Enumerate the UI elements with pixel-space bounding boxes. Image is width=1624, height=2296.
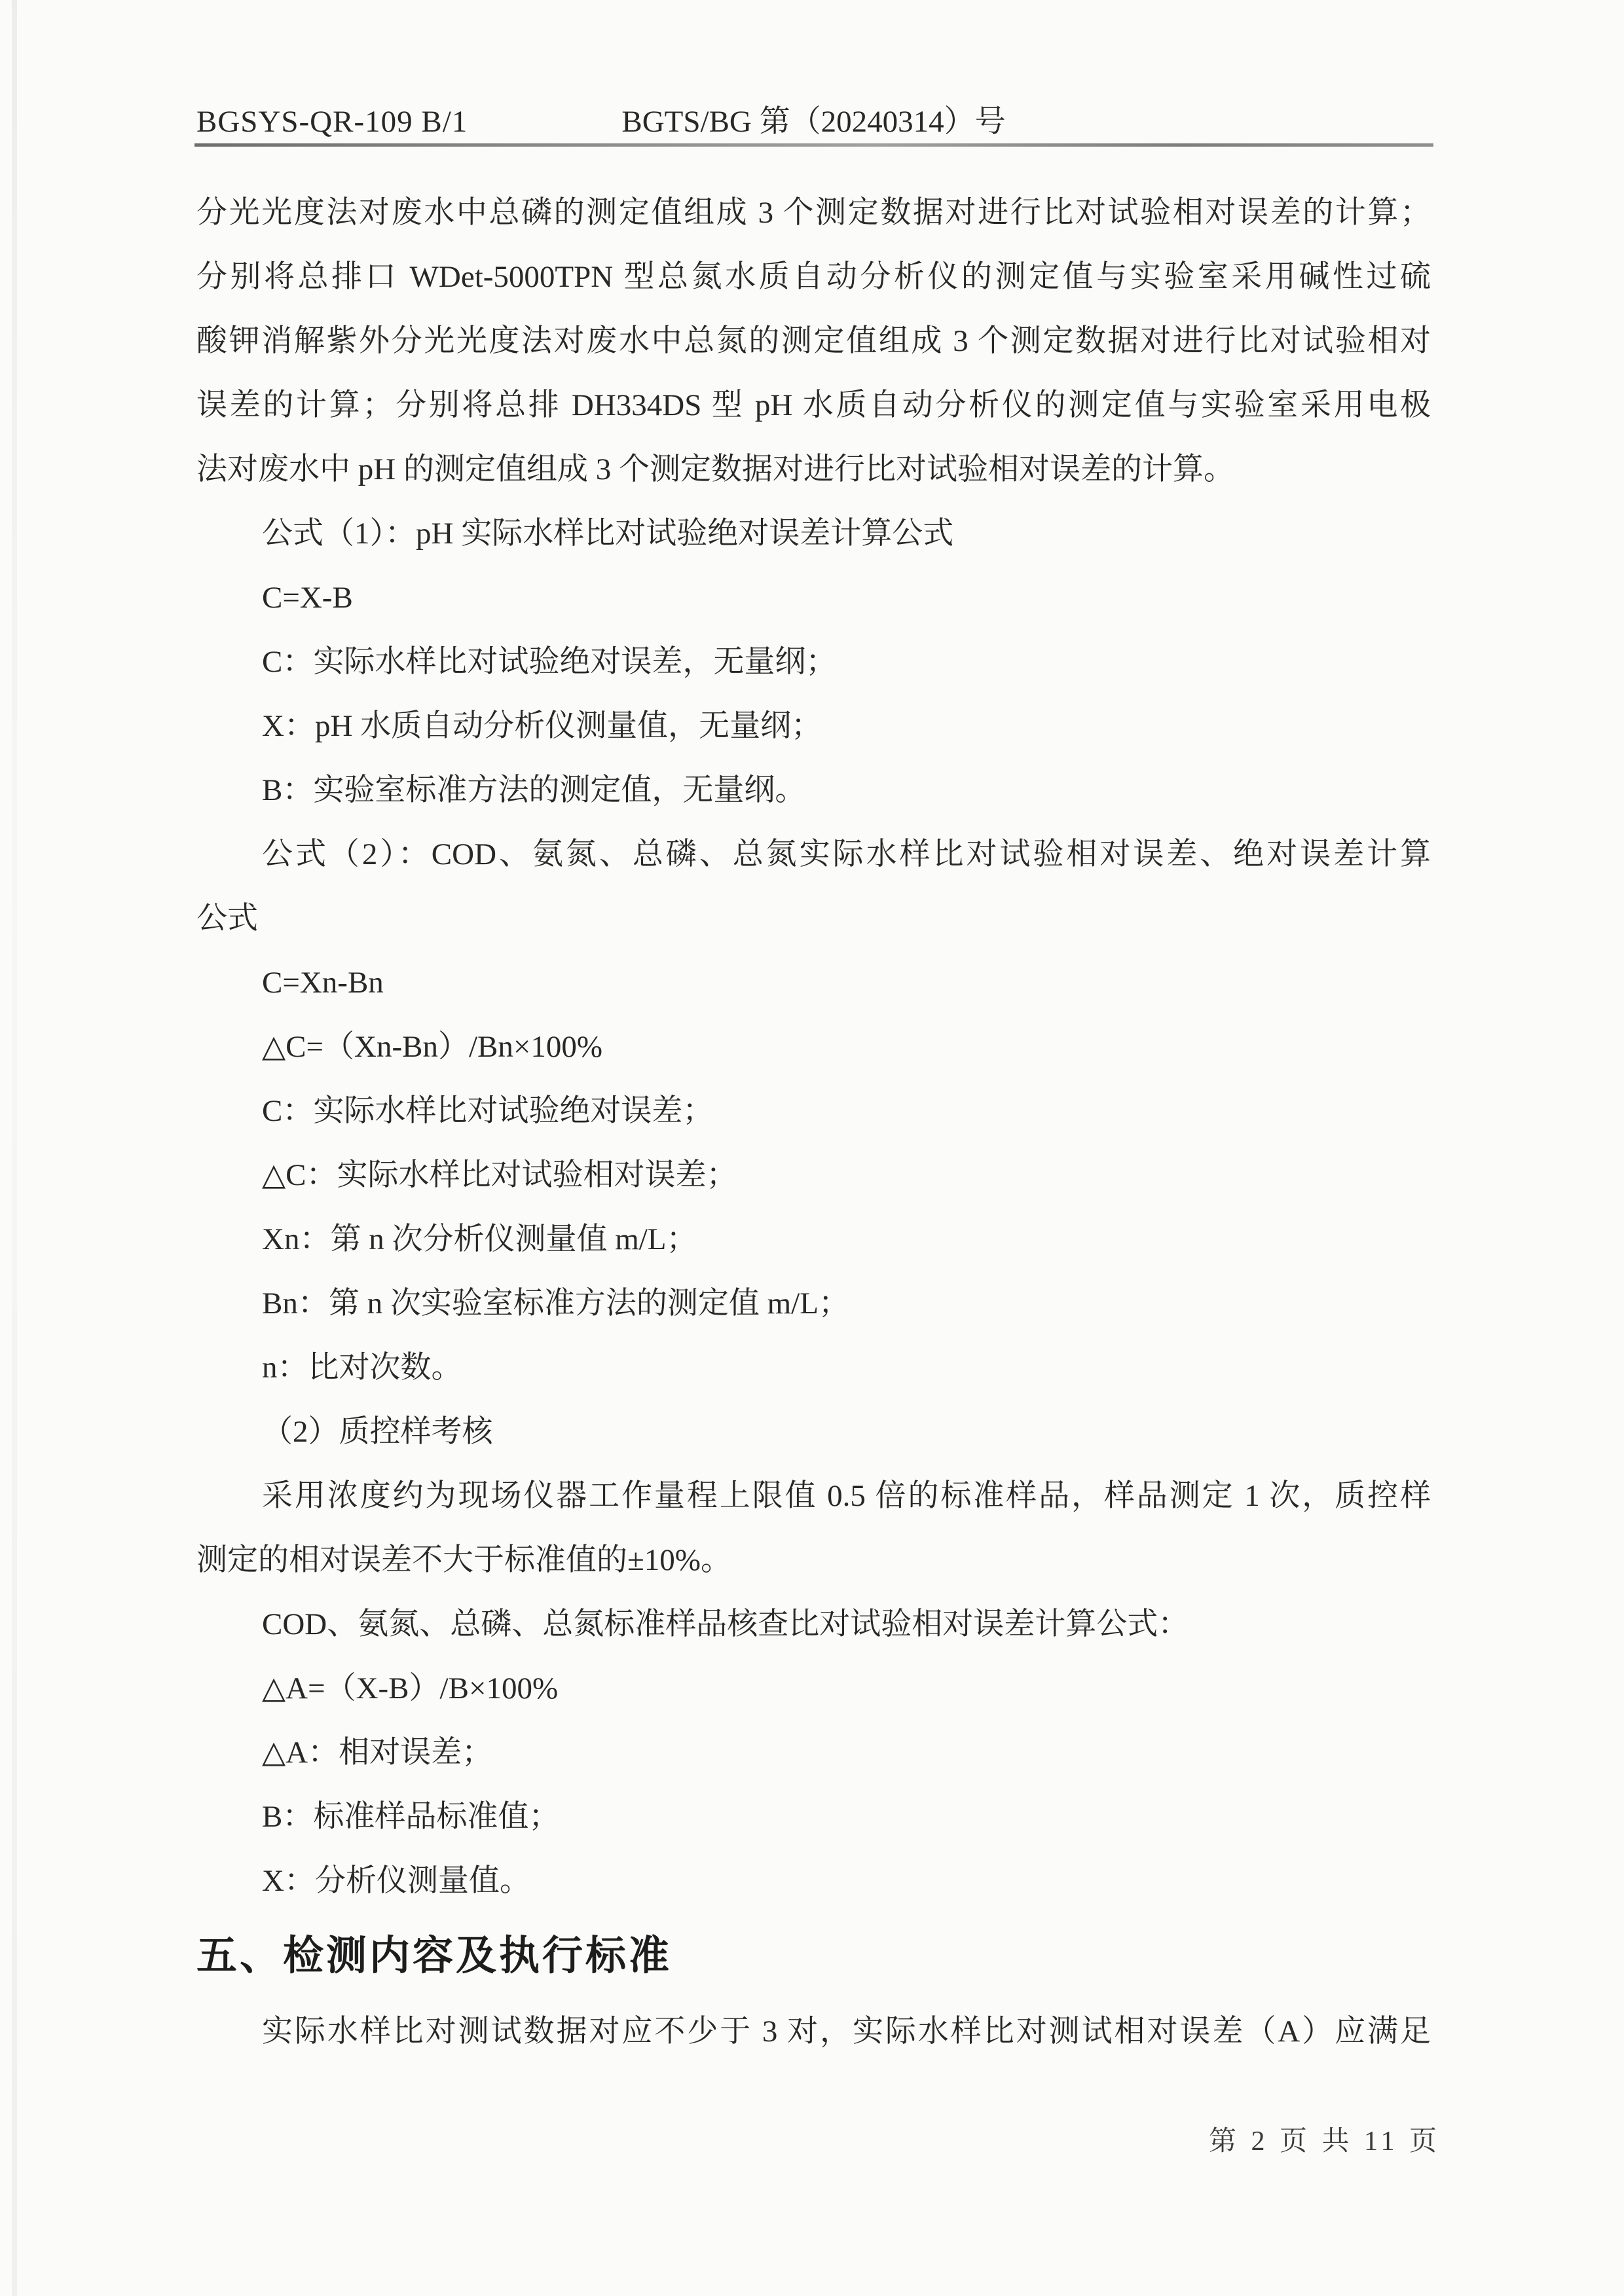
body-line-2: 分别将总排口 WDet-5000TPN 型总氮水质自动分析仪的测定值与实验室采用… xyxy=(196,245,1431,309)
body-line-15: C：实际水样比对试验绝对误差； xyxy=(196,1079,1431,1143)
body-line-17: Xn：第 n 次分析仪测量值 m/L； xyxy=(196,1207,1431,1271)
body-line-18: Bn：第 n 次实验室标准方法的测定值 m/L； xyxy=(196,1271,1431,1336)
body-line-21: 采用浓度约为现场仪器工作量程上限值 0.5 倍的标准样品，样品测定 1 次，质控… xyxy=(196,1464,1431,1528)
body-line-1: 分光光度法对废水中总磷的测定值组成 3 个测定数据对进行比对试验相对误差的计算； xyxy=(196,181,1431,245)
page-number-indicator: 第 2 页 共 11 页 xyxy=(196,2123,1441,2160)
scan-edge-artifact xyxy=(12,0,17,2296)
section-heading: 五、检测内容及执行标准 xyxy=(196,1913,1431,1999)
closing-paragraph: 实际水样比对测试数据对应不少于 3 对，实际水样比对测试相对误差（A）应满足 xyxy=(196,1999,1431,2064)
body-line-12: 公式 xyxy=(196,886,1431,951)
body-line-10: B：实验室标准方法的测定值，无量纲。 xyxy=(196,758,1431,822)
body-line-11: 公式（2）：COD、氨氮、总磷、总氮实际水样比对试验相对误差、绝对误差计算 xyxy=(196,822,1431,886)
body-line-16: △C：实际水样比对试验相对误差； xyxy=(196,1143,1431,1207)
body-line-6: 公式（1）：pH 实际水样比对试验绝对误差计算公式 xyxy=(196,501,1431,566)
document-body: 分光光度法对废水中总磷的测定值组成 3 个测定数据对进行比对试验相对误差的计算；… xyxy=(196,181,1431,1913)
body-line-23: COD、氨氮、总磷、总氮标准样品核查比对试验相对误差计算公式： xyxy=(196,1592,1431,1656)
body-line-13: C=Xn-Bn xyxy=(196,951,1431,1015)
document-page: BGSYS-QR-109 B/1 BGTS/BG 第（20240314）号 分光… xyxy=(0,0,1624,2296)
body-line-22: 测定的相对误差不大于标准值的±10%。 xyxy=(196,1528,1431,1592)
body-line-7: C=X-B xyxy=(196,566,1431,630)
body-line-4: 误差的计算；分别将总排 DH334DS 型 pH 水质自动分析仪的测定值与实验室… xyxy=(196,373,1431,437)
body-line-3: 酸钾消解紫外分光光度法对废水中总氮的测定值组成 3 个测定数据对进行比对试验相对 xyxy=(196,309,1431,373)
header-divider-rule xyxy=(194,143,1433,147)
body-line-24: △A=（X-B）/B×100% xyxy=(196,1656,1431,1721)
body-line-20: （2）质控样考核 xyxy=(196,1400,1431,1464)
body-line-19: n：比对次数。 xyxy=(196,1336,1431,1400)
body-line-9: X：pH 水质自动分析仪测量值，无量纲； xyxy=(196,694,1431,758)
body-line-26: B：标准样品标准值； xyxy=(196,1785,1431,1849)
body-line-25: △A：相对误差； xyxy=(196,1721,1431,1785)
body-line-14: △C=（Xn-Bn）/Bn×100% xyxy=(196,1015,1431,1079)
header-document-number: BGTS/BG 第（20240314）号 xyxy=(196,105,1431,139)
body-line-5: 法对废水中 pH 的测定值组成 3 个测定数据对进行比对试验相对误差的计算。 xyxy=(196,437,1431,501)
body-line-27: X：分析仪测量值。 xyxy=(196,1849,1431,1913)
body-line-8: C：实际水样比对试验绝对误差，无量纲； xyxy=(196,630,1431,694)
